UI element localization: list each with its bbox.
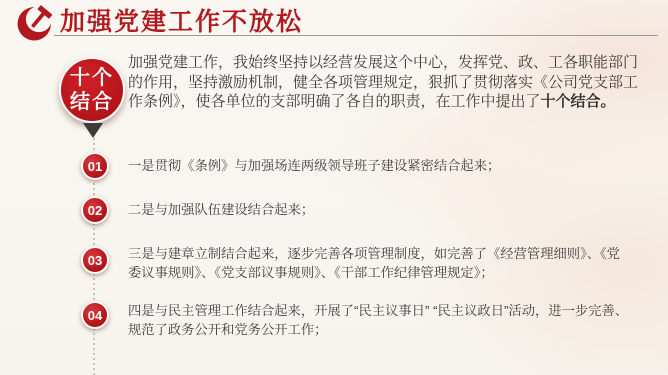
item-number-03: 03	[81, 246, 109, 274]
party-emblem-icon	[16, 4, 54, 42]
list-item-4: 四是与民主管理工作结合起来，开展了“民主议事日” “民主议政日”活动，进一步完善…	[128, 302, 633, 339]
badge-line2: 结合	[61, 90, 123, 114]
item-number-02: 02	[81, 196, 109, 224]
intro-paragraph: 加强党建工作，我始终坚持以经营发展这个中心，发挥党、政、工各职能部门的作用，坚持…	[128, 53, 650, 112]
page-title: 加强党建工作不放松	[60, 9, 303, 35]
badge-pointer-triangle	[83, 123, 103, 138]
list-item-3: 三是与建章立制结合起来，逐步完善各项管理制度，如完善了《经营管理细则》、《党委议…	[128, 245, 633, 282]
badge-line1: 十个	[61, 66, 123, 90]
presentation-slide: 加强党建工作不放松 十个 结合 加强党建工作，我始终坚持以经营发展这个中心，发挥…	[0, 0, 668, 375]
item-number-01: 01	[81, 152, 109, 180]
list-item-1: 一是贯彻《条例》与加强场连两级领导班子建设紧密结合起来；	[128, 157, 633, 176]
item-number-04: 04	[81, 301, 109, 329]
badge-ten-combinations: 十个 结合	[59, 57, 125, 123]
title-underline	[54, 35, 658, 36]
intro-bold-text: 十个结合。	[541, 93, 616, 110]
list-item-2: 二是与加强队伍建设结合起来；	[128, 201, 633, 220]
